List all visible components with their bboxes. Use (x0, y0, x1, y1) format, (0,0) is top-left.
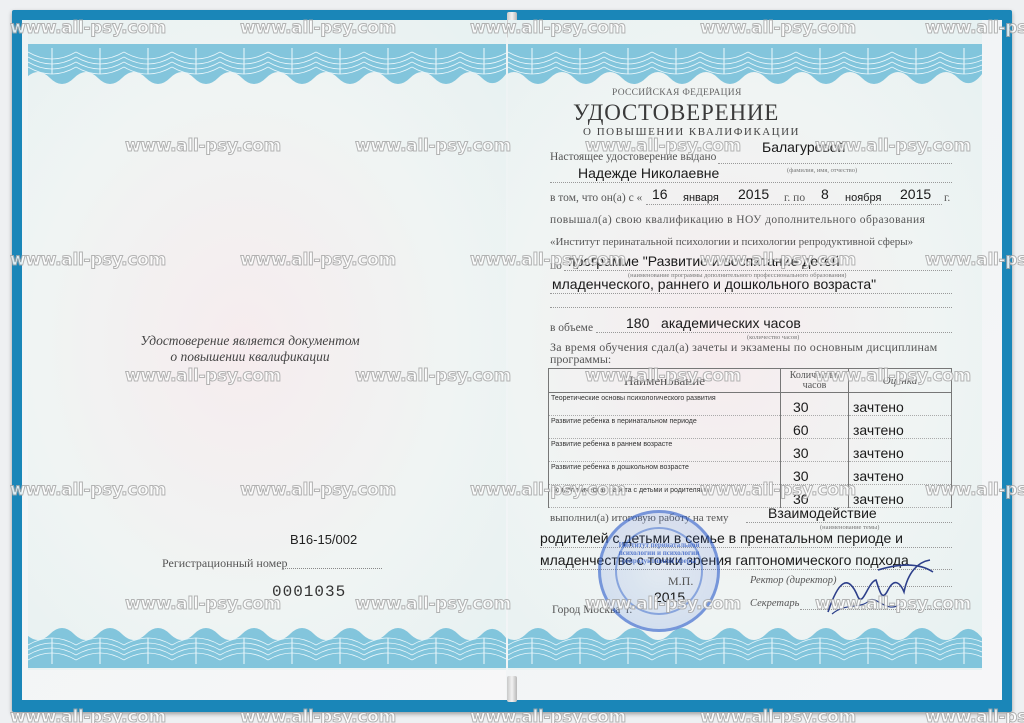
qualification-line: повышал(а) свою квалификацию в НОУ допол… (550, 214, 925, 226)
start-day: 16 (652, 186, 668, 202)
program-line-1: программе "Развитие и воспитание детей (568, 253, 840, 269)
end-day: 8 (821, 186, 829, 202)
header-hours-line-2: часов (781, 381, 848, 391)
guilloche-border-bottom (508, 622, 982, 668)
grade-cell-name: Психологическая работа с детьми и родите… (549, 485, 781, 508)
grade-cell-hours: 30 (781, 393, 849, 416)
institute-line: «Институт перинатальной психологии и пси… (550, 236, 913, 248)
registration-line (282, 568, 382, 569)
grades-table: Наименование Количество часов Оценка Тео… (548, 368, 952, 508)
grade-cell-hours: 30 (781, 462, 849, 485)
header-grade: Оценка (849, 369, 952, 393)
header-hours-line-1: Количество (781, 371, 848, 381)
issue-year: 2015 (654, 589, 685, 605)
stamp-text: Институт перинатальной психологии и псих… (601, 541, 717, 565)
volume-line (596, 332, 952, 333)
program-prefix: по (550, 260, 562, 272)
note-line-1: Удостоверение является документом (120, 333, 380, 349)
stamp-mark: М.П. (668, 574, 693, 589)
program-line-2: младенческого, раннего и дошкольного воз… (552, 276, 876, 292)
grade-cell-hours: 60 (781, 416, 849, 439)
grade-row: Теоретические основы психологического ра… (549, 393, 952, 416)
issued-to-line (718, 163, 952, 164)
certificate-subtitle: О ПОВЫШЕНИИ КВАЛИФИКАЦИИ (583, 126, 800, 138)
recipient-surname: Балагуровой (762, 139, 845, 155)
period-prefix: в том, что он(а) с « (550, 192, 642, 204)
certificate-title: УДОСТОВЕРЕНИЕ (573, 100, 779, 126)
registration-number: В16-15/002 (290, 532, 357, 547)
name-caption: (фамилия, имя, отчество) (787, 167, 857, 174)
volume-label: в объеме (550, 322, 593, 334)
year-suffix: г. по (784, 192, 805, 204)
grade-row: Развитие ребенка в дошкольном возрасте30… (549, 462, 952, 485)
program-line-3-rule (550, 307, 952, 308)
official-stamp: Институт перинатальной психологии и псих… (598, 510, 720, 632)
issued-to-label: Настоящее удостоверение выдано (550, 151, 716, 163)
grade-cell-grade: зачтено (849, 462, 952, 485)
guilloche-border-top (28, 44, 506, 90)
guilloche-border-bottom (28, 622, 506, 668)
end-month: ноября (845, 192, 881, 204)
grade-row: Психологическая работа с детьми и родите… (549, 485, 952, 508)
document-note: Удостоверение является документом о повы… (120, 333, 380, 365)
grade-cell-grade: зачтено (849, 439, 952, 462)
note-line-2: о повышении квалификации (120, 349, 380, 365)
spine-ribbon-bottom (507, 676, 517, 702)
exams-line-2: программы: (550, 352, 611, 367)
thesis-line-1-rule (746, 522, 952, 523)
grade-cell-name: Развитие ребенка в раннем возрасте (549, 439, 781, 462)
header-name: Наименование (549, 369, 781, 393)
rector-signature (818, 552, 938, 622)
program-line-2-rule (550, 293, 952, 294)
volume-value: 180 академических часов (626, 315, 801, 331)
registration-label: Регистрационный номер (162, 556, 288, 571)
end-suffix: г. (944, 192, 950, 204)
end-year: 2015 (900, 186, 931, 202)
grade-cell-name: Развитие ребенка в перинатальном периоде (549, 416, 781, 439)
header-hours: Количество часов (781, 369, 849, 393)
recipient-given-names: Надежде Николаевне (578, 165, 719, 181)
grade-row: Развитие ребенка в перинатальном периоде… (549, 416, 952, 439)
grade-cell-name: Теоретические основы психологического ра… (549, 393, 781, 416)
grade-cell-grade: зачтено (849, 416, 952, 439)
start-year: 2015 (738, 186, 769, 202)
name-line (550, 182, 952, 183)
country-heading: РОССИЙСКАЯ ФЕДЕРАЦИЯ (612, 88, 742, 98)
grade-row: Развитие ребенка в раннем возрасте30зачт… (549, 439, 952, 462)
certificate-photo: Удостоверение является документом о повы… (0, 0, 1024, 723)
serial-number: 0001035 (272, 583, 346, 601)
start-month: января (683, 192, 719, 204)
thesis-line-2: родителей с детьми в семье в пренатально… (540, 530, 903, 546)
period-line (646, 204, 942, 205)
secretary-label: Секретарь (750, 598, 799, 609)
grades-header-row: Наименование Количество часов Оценка (549, 369, 952, 393)
grade-cell-grade: зачтено (849, 393, 952, 416)
thesis-line-1: Взаимодействие (768, 505, 877, 521)
grade-cell-name: Развитие ребенка в дошкольном возрасте (549, 462, 781, 485)
grade-cell-hours: 30 (781, 439, 849, 462)
guilloche-border-top (508, 44, 982, 90)
program-line-1-rule (564, 270, 952, 271)
